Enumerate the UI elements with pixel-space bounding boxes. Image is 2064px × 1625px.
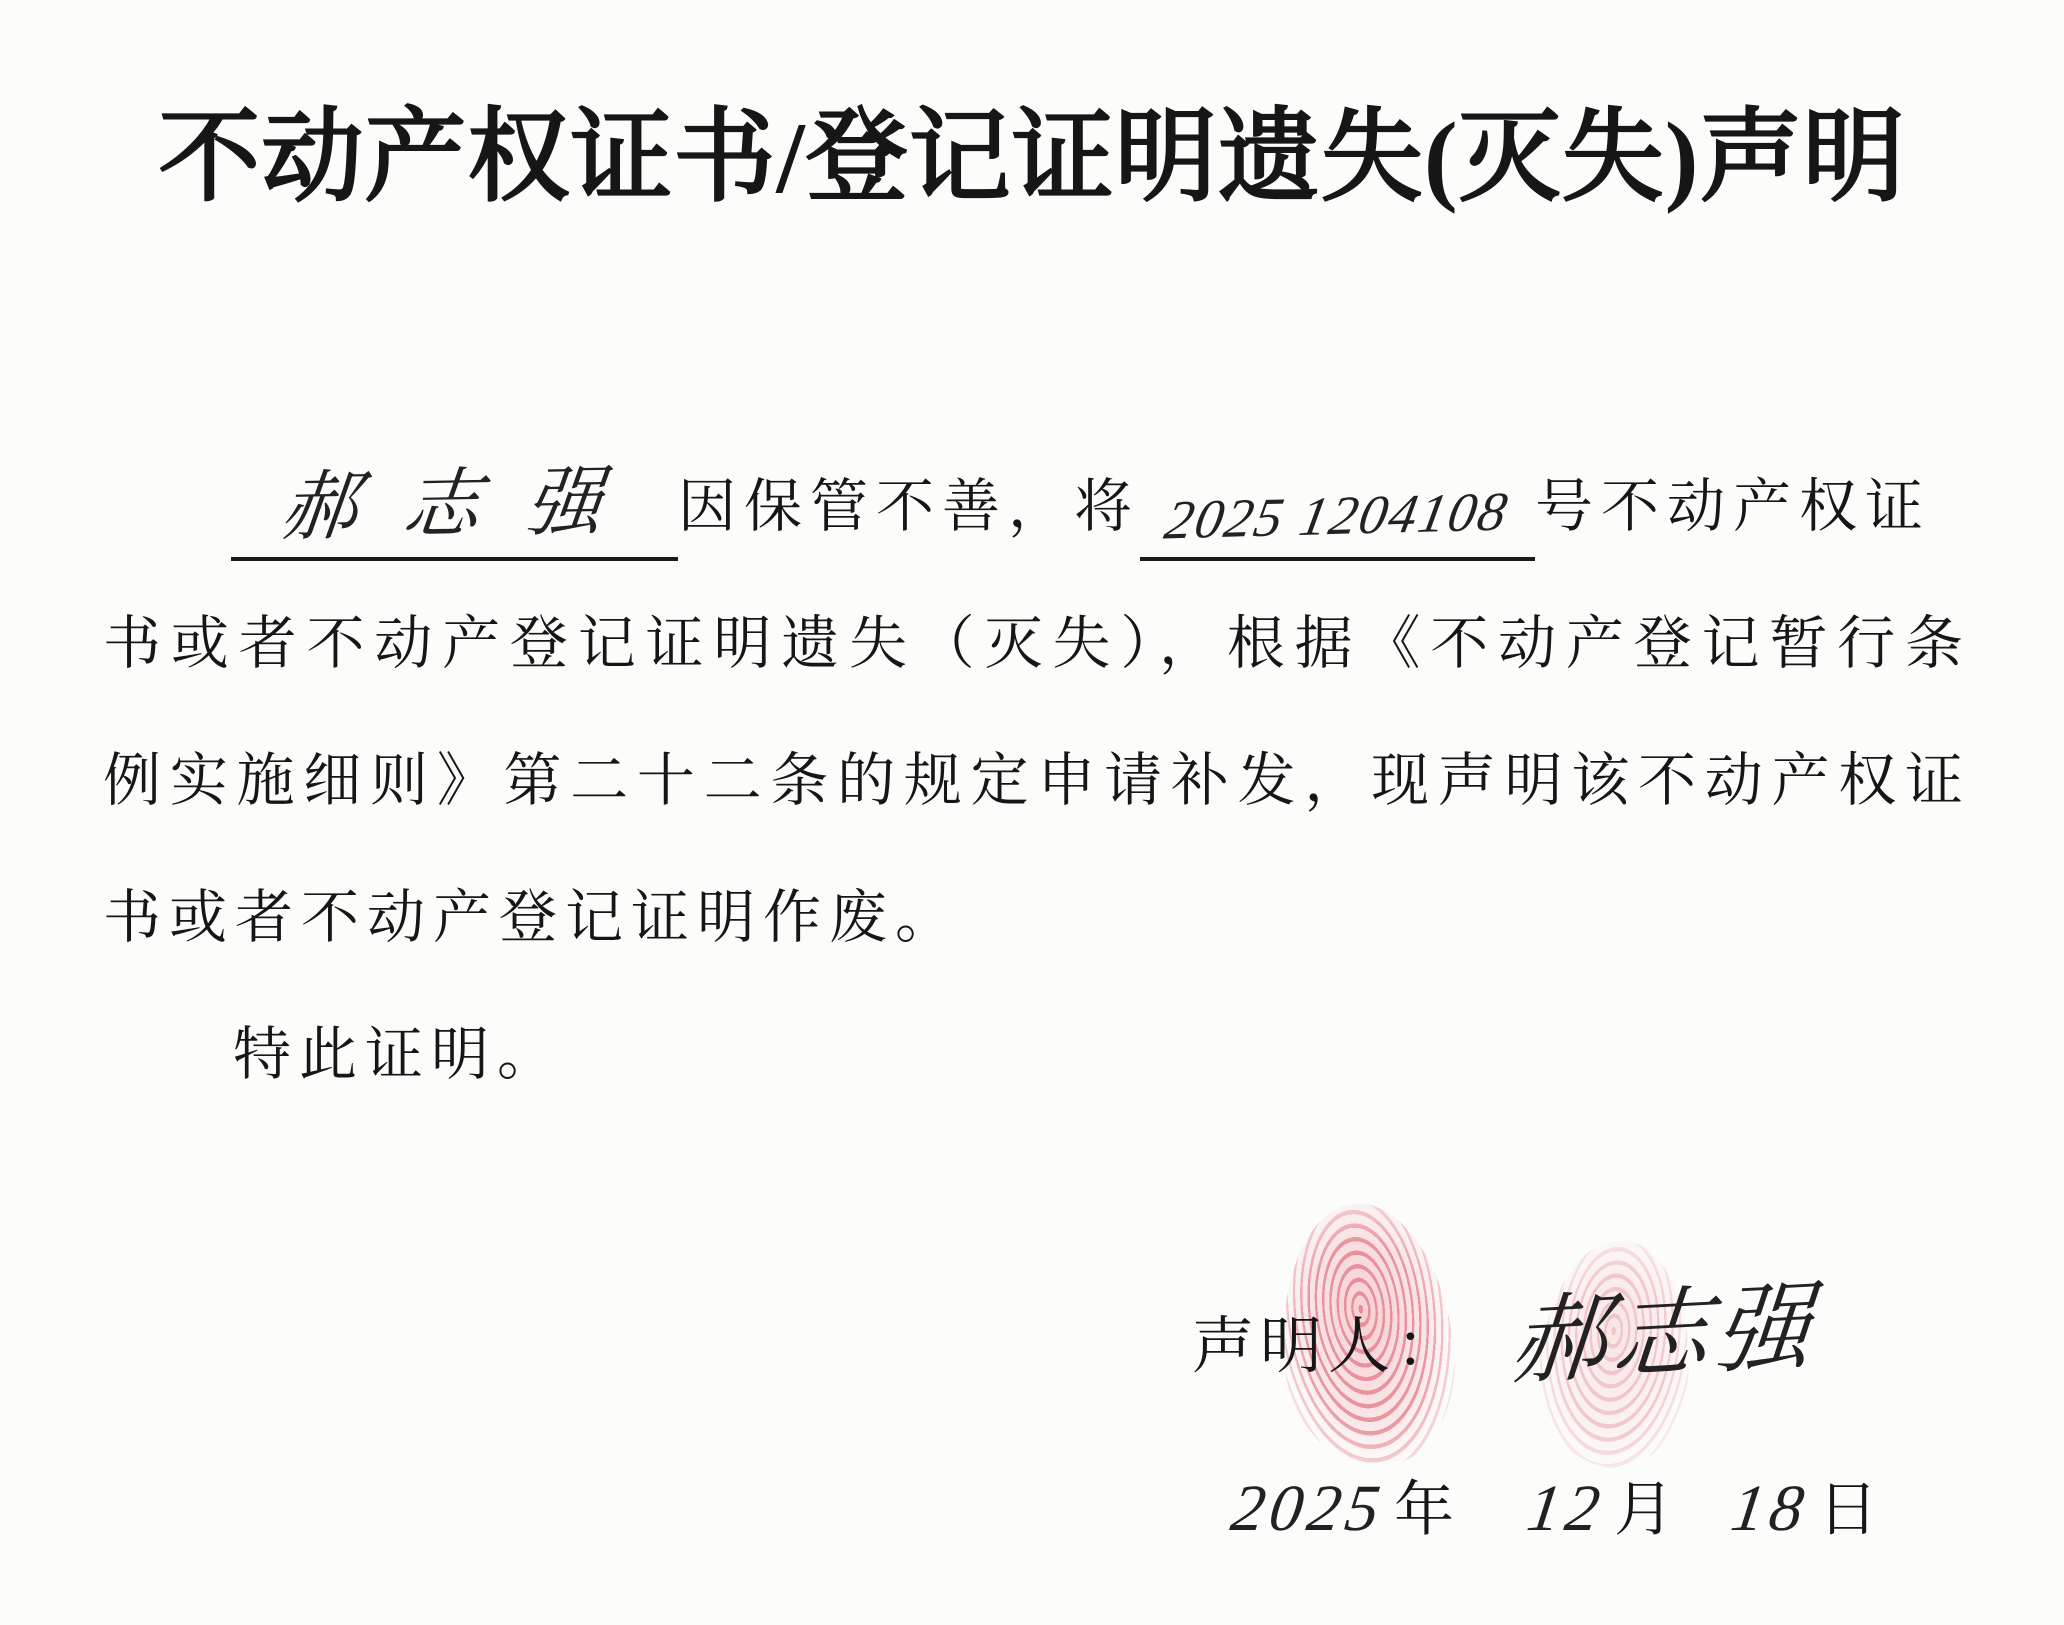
month-label: 月 xyxy=(1614,1462,1674,1548)
declaration-body: 郝志强因保管不善，将2025 1204108号不动产权证 书或者不动产登记证明遗… xyxy=(103,438,1963,1123)
handwritten-certificate-number: 2025 1204108 xyxy=(1161,484,1513,548)
handwritten-month: 12 xyxy=(1523,1471,1610,1547)
signature-line: 声明人：郝志强 xyxy=(1192,1272,1818,1409)
body-text-b: 号不动产权证 xyxy=(1535,474,1931,539)
certificate-number-blank: 2025 1204108 xyxy=(1140,457,1535,561)
handwritten-year: 2025 xyxy=(1227,1471,1390,1547)
handwritten-signature: 郝志强 xyxy=(1506,1250,1824,1404)
body-line-2: 书或者不动产登记证明遗失（灭失），根据《不动产登记暂行条 xyxy=(103,575,1963,712)
year-label: 年 xyxy=(1394,1462,1454,1548)
body-line-4: 书或者不动产登记证明作废。 xyxy=(103,849,1963,986)
loss-declaration-document: 不动产权证书/登记证明遗失(灭失)声明 郝志强因保管不善，将2025 12041… xyxy=(0,0,2064,1625)
body-line-1: 郝志强因保管不善，将2025 1204108号不动产权证 xyxy=(103,438,1963,575)
document-title: 不动产权证书/登记证明遗失(灭失)声明 xyxy=(0,76,2064,222)
day-label: 日 xyxy=(1818,1462,1878,1548)
declarant-name-blank: 郝志强 xyxy=(231,457,678,561)
body-line-3: 例实施细则》第二十二条的规定申请补发，现声明该不动产权证 xyxy=(103,712,1963,849)
declarant-label: 声明人： xyxy=(1192,1313,1464,1381)
body-text-a: 因保管不善，将 xyxy=(678,474,1140,539)
handwritten-day: 18 xyxy=(1727,1471,1814,1547)
handwritten-declarant-name: 郝志强 xyxy=(277,464,652,546)
date-line: 2025 年 12 月 18 日 xyxy=(1232,1462,1878,1548)
body-line-5: 特此证明。 xyxy=(103,986,1963,1123)
